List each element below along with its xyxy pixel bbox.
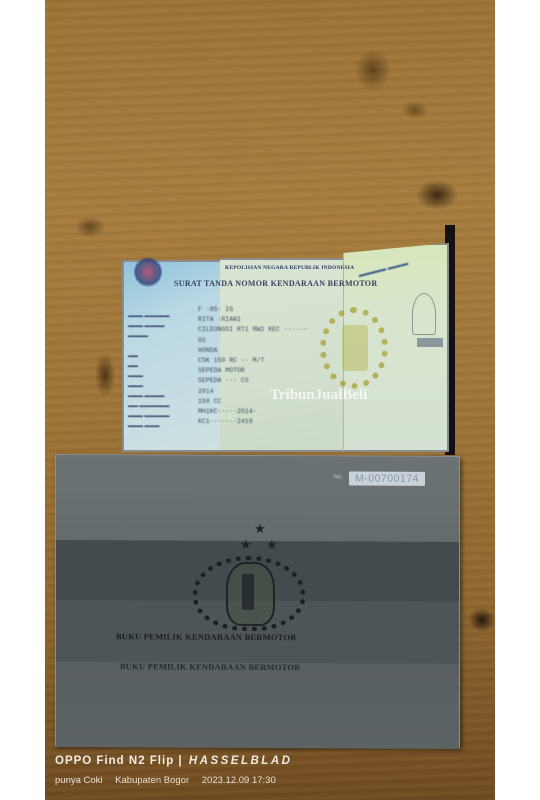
police-emblem-icon bbox=[134, 257, 162, 287]
watermark-text: TribunJualBeli bbox=[270, 387, 367, 404]
camera-watermark-device: OPPO Find N2 Flip | HASSELBLAD bbox=[55, 755, 292, 767]
stnk-header-institution: KEPOLISIAN NEGARA REPUBLIK INDONESIA bbox=[225, 265, 354, 271]
vehicle-brand: HONDA bbox=[198, 346, 307, 356]
bpkb-title-lower: BUKU PEMILIK KENDARAAN BERMOTOR bbox=[120, 661, 301, 672]
vehicle-model: SEPEDA ··· CS bbox=[198, 376, 307, 386]
owner-address: CILEUNGSI RT1 RW2 KEC ······ bbox=[198, 325, 307, 335]
stnk-field-values: F ·85· IG RITA ·RIANI CILEUNGSI RT1 RW2 … bbox=[198, 305, 307, 427]
photo-datetime: 2023.12.09 17:30 bbox=[202, 775, 276, 786]
serial-number: M-00700174 bbox=[349, 471, 425, 485]
stnk-card: KEPOLISIAN NEGARA REPUBLIK INDONESIA SUR… bbox=[120, 243, 450, 453]
chassis-number: MH1KC·····2014· bbox=[198, 407, 307, 417]
gold-seal-center bbox=[342, 325, 368, 371]
photo-owner: punya Coki bbox=[55, 775, 103, 786]
device-model: OPPO Find N2 Flip | bbox=[55, 755, 183, 767]
photo-location: Kabupaten Bogor bbox=[115, 775, 189, 786]
vehicle-type: CSK 150 RC ·· M/T bbox=[198, 356, 307, 366]
camera-brand: HASSELBLAD bbox=[189, 755, 293, 767]
stnk-header-title: SURAT TANDA NOMOR KENDARAAN BERMOTOR bbox=[174, 279, 377, 288]
vehicle-kind: SEPEDA MOTOR bbox=[198, 366, 307, 376]
bpkb-title-upper: BUKU PEMILIK KENDARAAN BERMOTOR bbox=[116, 631, 297, 642]
crest-torch bbox=[242, 574, 254, 610]
engine-number: KC1·······2419 bbox=[198, 417, 307, 427]
address-line-2: GS bbox=[198, 336, 307, 346]
registration-number: F ·85· IG bbox=[198, 305, 307, 315]
stamp-icon bbox=[412, 293, 436, 335]
bpkb-booklet: No. M-00700174 ★ ★ ★ BUKU PEMILIK KENDAR… bbox=[55, 454, 460, 748]
stamp-bar bbox=[417, 338, 443, 347]
owner-name: RITA ·RIANI bbox=[198, 315, 307, 325]
camera-watermark-meta: punya Coki Kabupaten Bogor 2023.12.09 17… bbox=[55, 775, 286, 786]
serial-prefix: No. bbox=[334, 474, 343, 480]
cover-band-bottom bbox=[56, 662, 459, 749]
stnk-field-labels: ▬▬▬ ▬▬▬▬▬▬▬▬ ▬▬▬▬▬▬▬▬ ▬▬▬▬▬▬▬▬▬▬▬▬▬ ▬▬▬▬… bbox=[128, 311, 169, 431]
photo: KEPOLISIAN NEGARA REPUBLIK INDONESIA SUR… bbox=[45, 0, 495, 800]
